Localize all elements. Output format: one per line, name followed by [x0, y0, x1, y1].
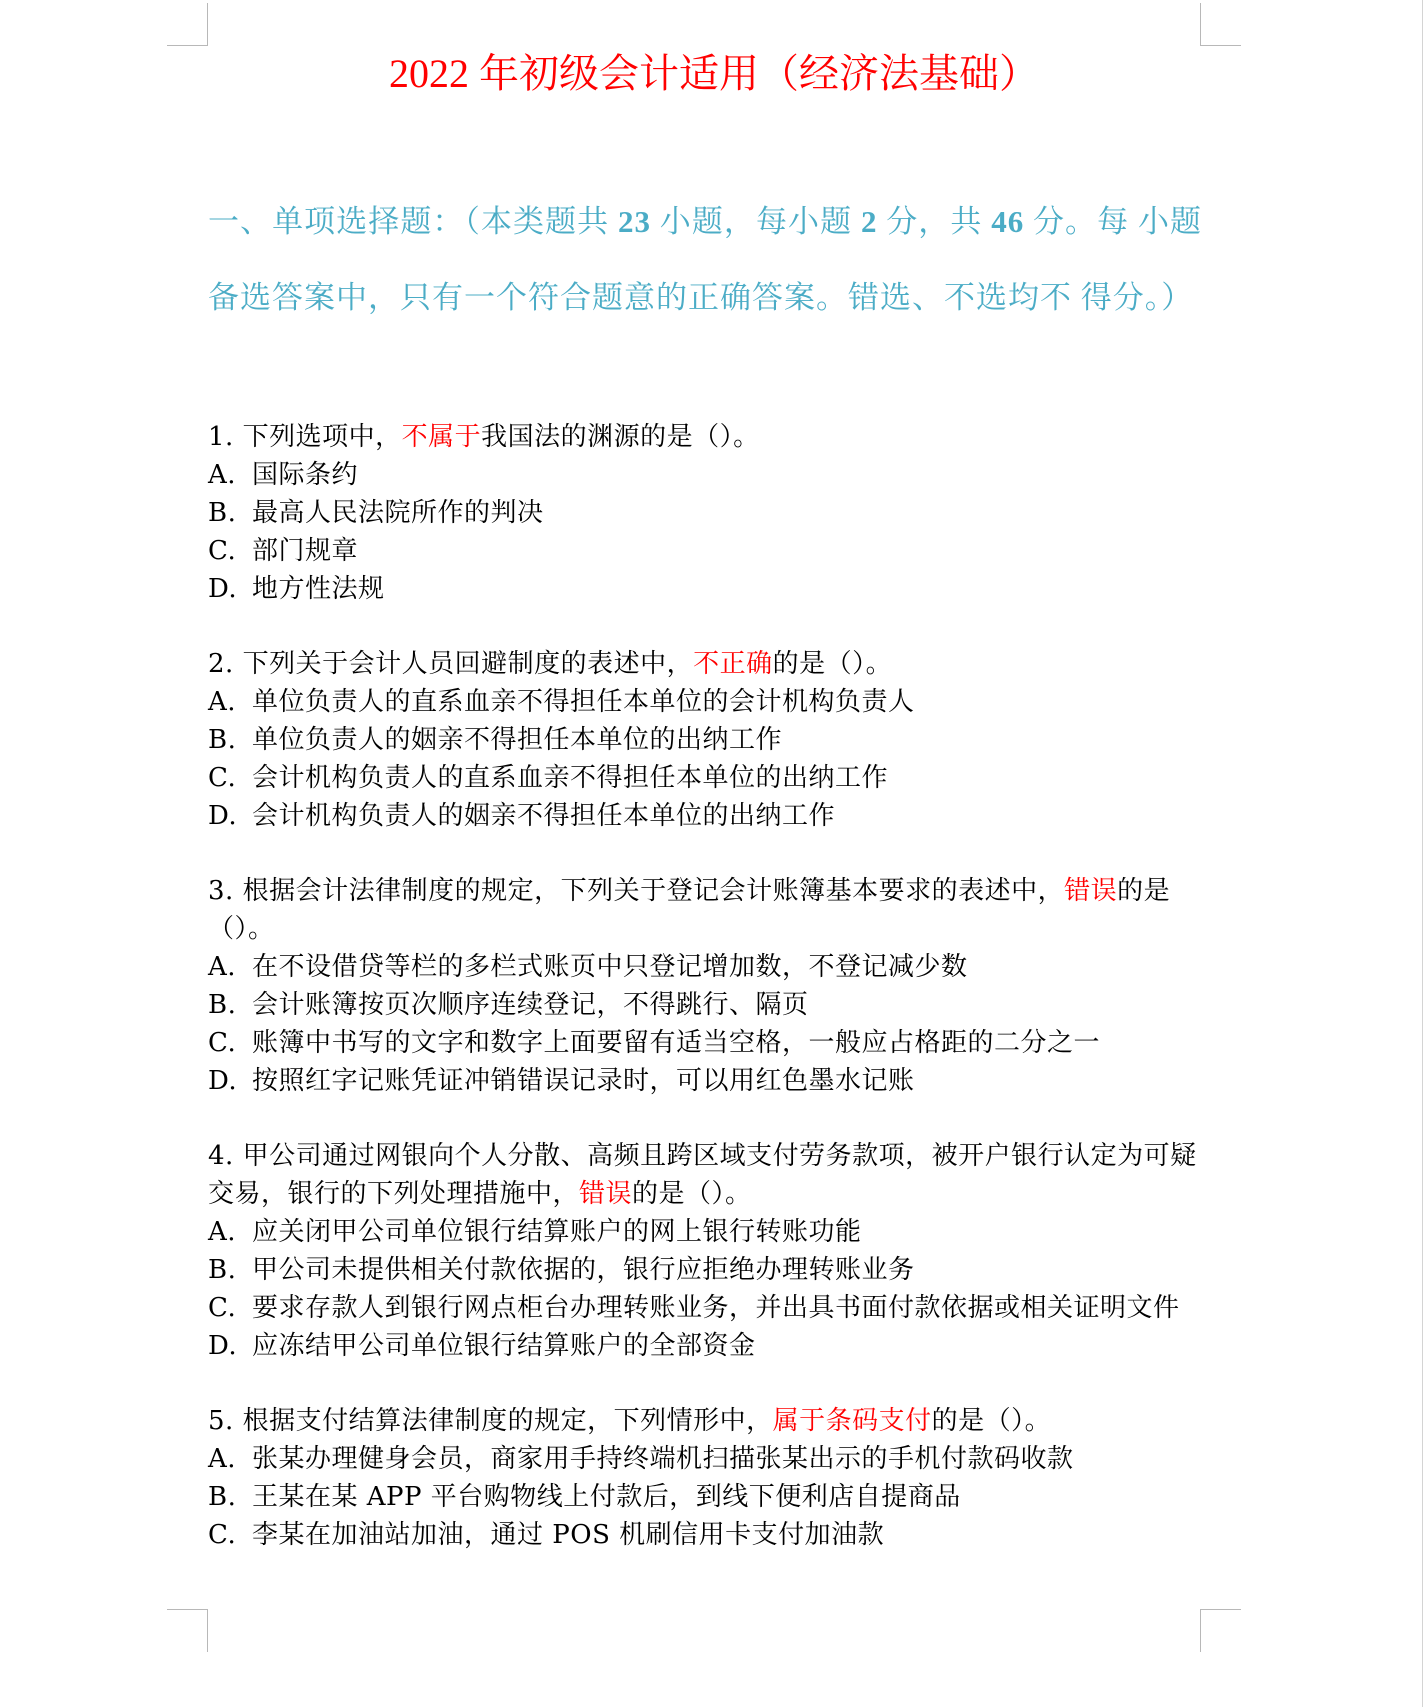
option-b: B.单位负责人的姻亲不得担任本单位的出纳工作: [208, 721, 1204, 759]
question-number: 3.: [208, 876, 234, 906]
option-label: D.: [208, 1327, 252, 1365]
stem-text: 的是（）。: [632, 1179, 752, 1209]
question-4: 4. 甲公司通过网银向个人分散、高频且跨区域支付劳务款项，被开户银行认定为可疑交…: [208, 1137, 1204, 1365]
option-label: D.: [208, 797, 252, 835]
crop-mark-top-right: [1200, 3, 1241, 46]
stem-text: 下列选项中，: [243, 422, 402, 452]
question-stem: 5. 根据支付结算法律制度的规定，下列情形中，属于条码支付的是（）。: [208, 1402, 1204, 1440]
stem-highlight: 属于条码支付: [773, 1406, 932, 1436]
stem-highlight: 不属于: [402, 422, 482, 452]
option-label: B.: [208, 1251, 252, 1289]
option-label: B.: [208, 494, 252, 532]
option-label: C.: [208, 1516, 252, 1554]
option-text: 李某在加油站加油，通过 POS 机刷信用卡支付加油款: [252, 1520, 884, 1550]
option-text: 应关闭甲公司单位银行结算账户的网上银行转账功能: [252, 1217, 862, 1247]
option-a: A.在不设借贷等栏的多栏式账页中只登记增加数，不登记减少数: [208, 948, 1204, 986]
option-text: 会计机构负责人的直系血亲不得担任本单位的出纳工作: [252, 763, 888, 793]
option-c: C.李某在加油站加油，通过 POS 机刷信用卡支付加油款: [208, 1516, 1204, 1554]
option-a: A.张某办理健身会员，商家用手持终端机扫描张某出示的手机付款码收款: [208, 1440, 1204, 1478]
section-heading-part: 分，共: [877, 204, 991, 239]
stem-text: 的是（）。: [773, 649, 893, 679]
crop-mark-bottom-left: [167, 1609, 208, 1652]
option-label: C.: [208, 759, 252, 797]
stem-text: 下列关于会计人员回避制度的表述中，: [243, 649, 694, 679]
stem-text: 的是（）。: [932, 1406, 1052, 1436]
option-text: 单位负责人的直系血亲不得担任本单位的会计机构负责人: [252, 687, 915, 717]
question-number: 5.: [208, 1406, 234, 1436]
question-5: 5. 根据支付结算法律制度的规定，下列情形中，属于条码支付的是（）。 A.张某办…: [208, 1402, 1204, 1554]
option-label: A.: [208, 1440, 252, 1478]
option-label: B.: [208, 986, 252, 1024]
section-heading-part: 小题，每小题: [651, 204, 861, 239]
question-number: 4.: [208, 1141, 234, 1171]
option-b: B.最高人民法院所作的判决: [208, 494, 1204, 532]
option-text: 会计机构负责人的姻亲不得担任本单位的出纳工作: [252, 801, 835, 831]
option-c: C.部门规章: [208, 532, 1204, 570]
option-label: A.: [208, 948, 252, 986]
section-heading-points-total: 46: [991, 204, 1024, 239]
question-2: 2. 下列关于会计人员回避制度的表述中，不正确的是（）。 A.单位负责人的直系血…: [208, 645, 1204, 835]
option-b: B.甲公司未提供相关付款依据的，银行应拒绝办理转账业务: [208, 1251, 1204, 1289]
stem-highlight: 错误: [579, 1179, 632, 1209]
option-a: A.单位负责人的直系血亲不得担任本单位的会计机构负责人: [208, 683, 1204, 721]
question-number: 1.: [208, 422, 234, 452]
option-text: 地方性法规: [252, 574, 385, 604]
question-1: 1. 下列选项中，不属于我国法的渊源的是（）。 A.国际条约 B.最高人民法院所…: [208, 418, 1204, 608]
option-d: D.按照红字记账凭证冲销错误记录时，可以用红色墨水记账: [208, 1062, 1204, 1100]
crop-mark-bottom-right: [1200, 1609, 1241, 1652]
option-label: A.: [208, 683, 252, 721]
option-a: A.国际条约: [208, 456, 1204, 494]
document-title: 2022 年初级会计适用（经济法基础）: [0, 46, 1428, 102]
question-stem: 2. 下列关于会计人员回避制度的表述中，不正确的是（）。: [208, 645, 1204, 683]
question-list: 1. 下列选项中，不属于我国法的渊源的是（）。 A.国际条约 B.最高人民法院所…: [208, 418, 1204, 1591]
option-label: B.: [208, 721, 252, 759]
option-text: 甲公司未提供相关付款依据的，银行应拒绝办理转账业务: [252, 1255, 915, 1285]
option-d: D.会计机构负责人的姻亲不得担任本单位的出纳工作: [208, 797, 1204, 835]
option-text: 应冻结甲公司单位银行结算账户的全部资金: [252, 1331, 756, 1361]
option-c: C.账簿中书写的文字和数字上面要留有适当空格，一般应占格距的二分之一: [208, 1024, 1204, 1062]
option-b: B.王某在某 APP 平台购物线上付款后，到线下便利店自提商品: [208, 1478, 1204, 1516]
option-label: B.: [208, 1478, 252, 1516]
option-text: 部门规章: [252, 536, 358, 566]
option-label: A.: [208, 1213, 252, 1251]
section-heading-count: 23: [618, 204, 651, 239]
option-label: A.: [208, 456, 252, 494]
stem-highlight: 不正确: [693, 649, 773, 679]
option-text: 账簿中书写的文字和数字上面要留有适当空格，一般应占格距的二分之一: [252, 1028, 1100, 1058]
option-label: C.: [208, 1289, 252, 1327]
option-a: A.应关闭甲公司单位银行结算账户的网上银行转账功能: [208, 1213, 1204, 1251]
question-3: 3. 根据会计法律制度的规定，下列关于登记会计账簿基本要求的表述中，错误的是（）…: [208, 872, 1204, 1100]
question-number: 2.: [208, 649, 234, 679]
option-label: C.: [208, 1024, 252, 1062]
option-text: 单位负责人的姻亲不得担任本单位的出纳工作: [252, 725, 782, 755]
stem-text: 我国法的渊源的是（）。: [481, 422, 760, 452]
question-stem: 4. 甲公司通过网银向个人分散、高频且跨区域支付劳务款项，被开户银行认定为可疑交…: [208, 1137, 1204, 1213]
option-label: D.: [208, 570, 252, 608]
option-label: D.: [208, 1062, 252, 1100]
section-heading: 一、单项选择题：（本类题共 23 小题，每小题 2 分，共 46 分。每 小题备…: [208, 184, 1202, 336]
option-label: C.: [208, 532, 252, 570]
question-stem: 3. 根据会计法律制度的规定，下列关于登记会计账簿基本要求的表述中，错误的是（）…: [208, 872, 1204, 948]
section-heading-points-each: 2: [861, 204, 878, 239]
section-heading-part: 一、单项选择题：（本类题共: [208, 204, 618, 239]
option-text: 按照红字记账凭证冲销错误记录时，可以用红色墨水记账: [252, 1066, 915, 1096]
option-text: 要求存款人到银行网点柜台办理转账业务，并出具书面付款依据或相关证明文件: [252, 1293, 1180, 1323]
crop-mark-top-left: [167, 3, 208, 46]
option-text: 最高人民法院所作的判决: [252, 498, 544, 528]
stem-text: 根据会计法律制度的规定，下列关于登记会计账簿基本要求的表述中，: [243, 876, 1065, 906]
option-c: C.会计机构负责人的直系血亲不得担任本单位的出纳工作: [208, 759, 1204, 797]
option-text: 会计账簿按页次顺序连续登记，不得跳行、隔页: [252, 990, 809, 1020]
stem-highlight: 错误: [1064, 876, 1117, 906]
option-text: 在不设借贷等栏的多栏式账页中只登记增加数，不登记减少数: [252, 952, 968, 982]
option-d: D.应冻结甲公司单位银行结算账户的全部资金: [208, 1327, 1204, 1365]
question-stem: 1. 下列选项中，不属于我国法的渊源的是（）。: [208, 418, 1204, 456]
option-d: D.地方性法规: [208, 570, 1204, 608]
option-text: 国际条约: [252, 460, 358, 490]
option-text: 张某办理健身会员，商家用手持终端机扫描张某出示的手机付款码收款: [252, 1444, 1074, 1474]
stem-text: 根据支付结算法律制度的规定，下列情形中，: [243, 1406, 773, 1436]
page-edge-line: [1422, 0, 1423, 1707]
option-b: B.会计账簿按页次顺序连续登记，不得跳行、隔页: [208, 986, 1204, 1024]
option-text: 王某在某 APP 平台购物线上付款后，到线下便利店自提商品: [252, 1482, 961, 1512]
option-c: C.要求存款人到银行网点柜台办理转账业务，并出具书面付款依据或相关证明文件: [208, 1289, 1204, 1327]
